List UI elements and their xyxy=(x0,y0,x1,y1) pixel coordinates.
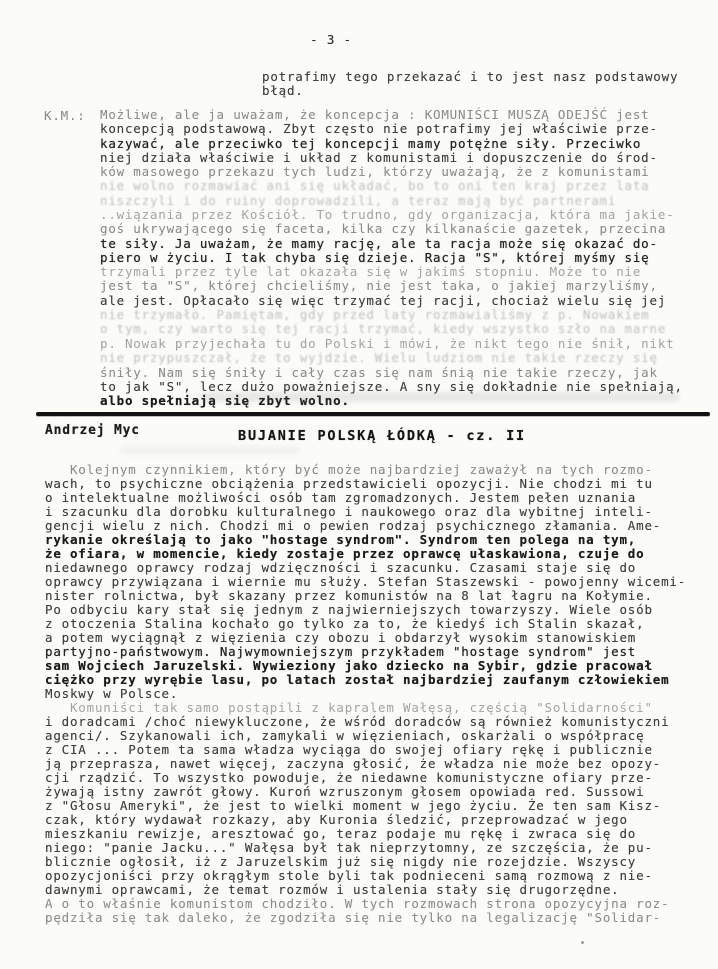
text-line: jest ta "S", której chcieliśmy, nie jest… xyxy=(100,279,674,293)
text-line: Kolejnym czynnikiem, który być może najb… xyxy=(45,463,686,477)
text-line: agenci/. Szykanowali ich, zamykali w wię… xyxy=(45,729,669,743)
text-line: ciężko przy wyrębie lasu, po latach zost… xyxy=(45,673,686,687)
text-line: z CIA ... Potem ta sama władza wyciąga d… xyxy=(45,743,669,757)
text-line: Po odbyciu kary stał się jednym z najwie… xyxy=(45,603,686,617)
text-line: żywają istny zawrót głowy. Kuroń wzruszo… xyxy=(45,785,669,799)
text-line: niej działa właściwie i układ z komunist… xyxy=(100,151,658,165)
text-line: ją przeprasza, nawet więcej, zaczyna gło… xyxy=(45,757,669,771)
section-divider xyxy=(36,412,710,416)
text-line: trzymali przez tyle lat okazała się w ja… xyxy=(100,265,674,279)
article-title: BUJANIE POLSKĄ ŁÓDKĄ - cz. II xyxy=(0,428,718,444)
text-line: kazywać, ale przeciwko tej koncepcji mam… xyxy=(100,137,658,151)
quote-continuation: potrafimy tego przekazać i to jest nasz … xyxy=(262,70,678,99)
speaker-initials: K.M.: xyxy=(44,108,86,123)
text-line: nister rolnictwa, był skazany przez komu… xyxy=(45,589,686,603)
statement-continuation: ..wiązania przez Kościół. To trudno, gdy… xyxy=(100,208,674,337)
text-line: nie trzymało. Pamiętam, gdy przed laty r… xyxy=(100,308,674,322)
text-line: goś ukrywającego się faceta, kilka czy k… xyxy=(100,222,674,236)
scanned-document-page: - 3 - potrafimy tego przekazać i to jest… xyxy=(0,0,718,969)
text-line: cji rządzić. To wszystko powoduje, że ni… xyxy=(45,771,669,785)
scan-smudge xyxy=(200,392,680,402)
text-line: koncepcją podstawową. Zbyt często nie po… xyxy=(100,122,658,136)
text-line: z otoczenia Stalina kochało go tylko za … xyxy=(45,617,686,631)
text-line: czak, który wydawał rozkazy, aby Kuronia… xyxy=(45,813,669,827)
text-line: piero w życiu. I tak chyba się dzieje. R… xyxy=(100,251,674,265)
text-line: i doradcami /choć niewykluczone, że wśró… xyxy=(45,715,669,729)
text-line: ków masowego przekazu tych ludzi, którzy… xyxy=(100,165,658,179)
page-number: - 3 - xyxy=(0,32,662,47)
article-paragraph-2: Komuniści tak samo postąpili z kapralem … xyxy=(45,701,669,925)
text-line: Możliwe, ale ja uważam, że koncepcja : K… xyxy=(100,108,658,122)
scan-speck xyxy=(581,941,584,944)
scan-smudge xyxy=(120,446,300,454)
text-line: p. Nowak przyjechała tu do Polski i mówi… xyxy=(100,337,683,351)
text-line: pędziła się tak daleko, że zgodziła się … xyxy=(45,911,669,925)
text-line: oprawcy przywiązana i wiernie mu służy. … xyxy=(45,575,686,589)
text-line: A o to właśnie komunistom chodziło. W ty… xyxy=(45,897,669,911)
text-line: niedawnego oprawcy rodzaj wdzięczności i… xyxy=(45,561,686,575)
text-line: wach, to psychiczne obciążenia przedstaw… xyxy=(45,477,686,491)
text-line: rykanie określają to jako "hostage syndr… xyxy=(45,533,686,547)
text-line: ..wiązania przez Kościół. To trudno, gdy… xyxy=(100,208,674,222)
text-line: gencji wielu z nich. Chodzi mi o pewien … xyxy=(45,519,686,533)
text-line: a potem wyciągnął z więzienia czy obozu … xyxy=(45,631,686,645)
text-line: Moskwy w Polsce. xyxy=(45,687,686,701)
text-line: dawnymi oprawcami, że temat rozmów i ust… xyxy=(45,883,669,897)
km-statement: Możliwe, ale ja uważam, że koncepcja : K… xyxy=(100,108,658,208)
text-line: o tym, czy warto się tej racji trzymać, … xyxy=(100,322,674,336)
text-line: niego: "panie Jacku..." Wałęsa był tak n… xyxy=(45,841,669,855)
text-line: blicznie ogłosił, iż z Jaruzelskim już s… xyxy=(45,855,669,869)
text-line: i szacunku dla dorobku kulturalnego i na… xyxy=(45,505,686,519)
text-line: nie wolno rozmawiać ani się układać, bo … xyxy=(100,179,658,193)
text-line: nie przypuszczał, że to wyjdzie. Wielu l… xyxy=(100,351,683,365)
article-paragraph-1: Kolejnym czynnikiem, który być może najb… xyxy=(45,463,686,701)
text-line: ale jest. Opłacało się więc trzymać tej … xyxy=(100,294,674,308)
text-line: sam Wojciech Jaruzelski. Wywieziony jako… xyxy=(45,659,686,673)
text-line: opozycjoniści przy okrągłym stole byli t… xyxy=(45,869,669,883)
text-line: niszczyli i do ruiny doprowadzili, a ter… xyxy=(100,194,658,208)
text-line: o intelektualne możliwości osób tam zgro… xyxy=(45,491,686,505)
text-line: mieszkaniu rewizje, aresztować go, teraz… xyxy=(45,827,669,841)
text-line: śniły. Nam się śniły i cały czas się nam… xyxy=(100,366,683,380)
text-line: że ofiara, w momencie, kiedy zostaje prz… xyxy=(45,547,686,561)
text-line: potrafimy tego przekazać i to jest nasz … xyxy=(262,70,678,84)
text-line: Komuniści tak samo postąpili z kapralem … xyxy=(45,701,669,715)
text-line: te siły. Ja uważam, że mamy rację, ale t… xyxy=(100,237,674,251)
text-line: partyjno-państwowym. Najwymowniejszym pr… xyxy=(45,645,686,659)
text-line: z "Głosu Ameryki", że jest to wielki mom… xyxy=(45,799,669,813)
text-line: błąd. xyxy=(262,84,678,98)
